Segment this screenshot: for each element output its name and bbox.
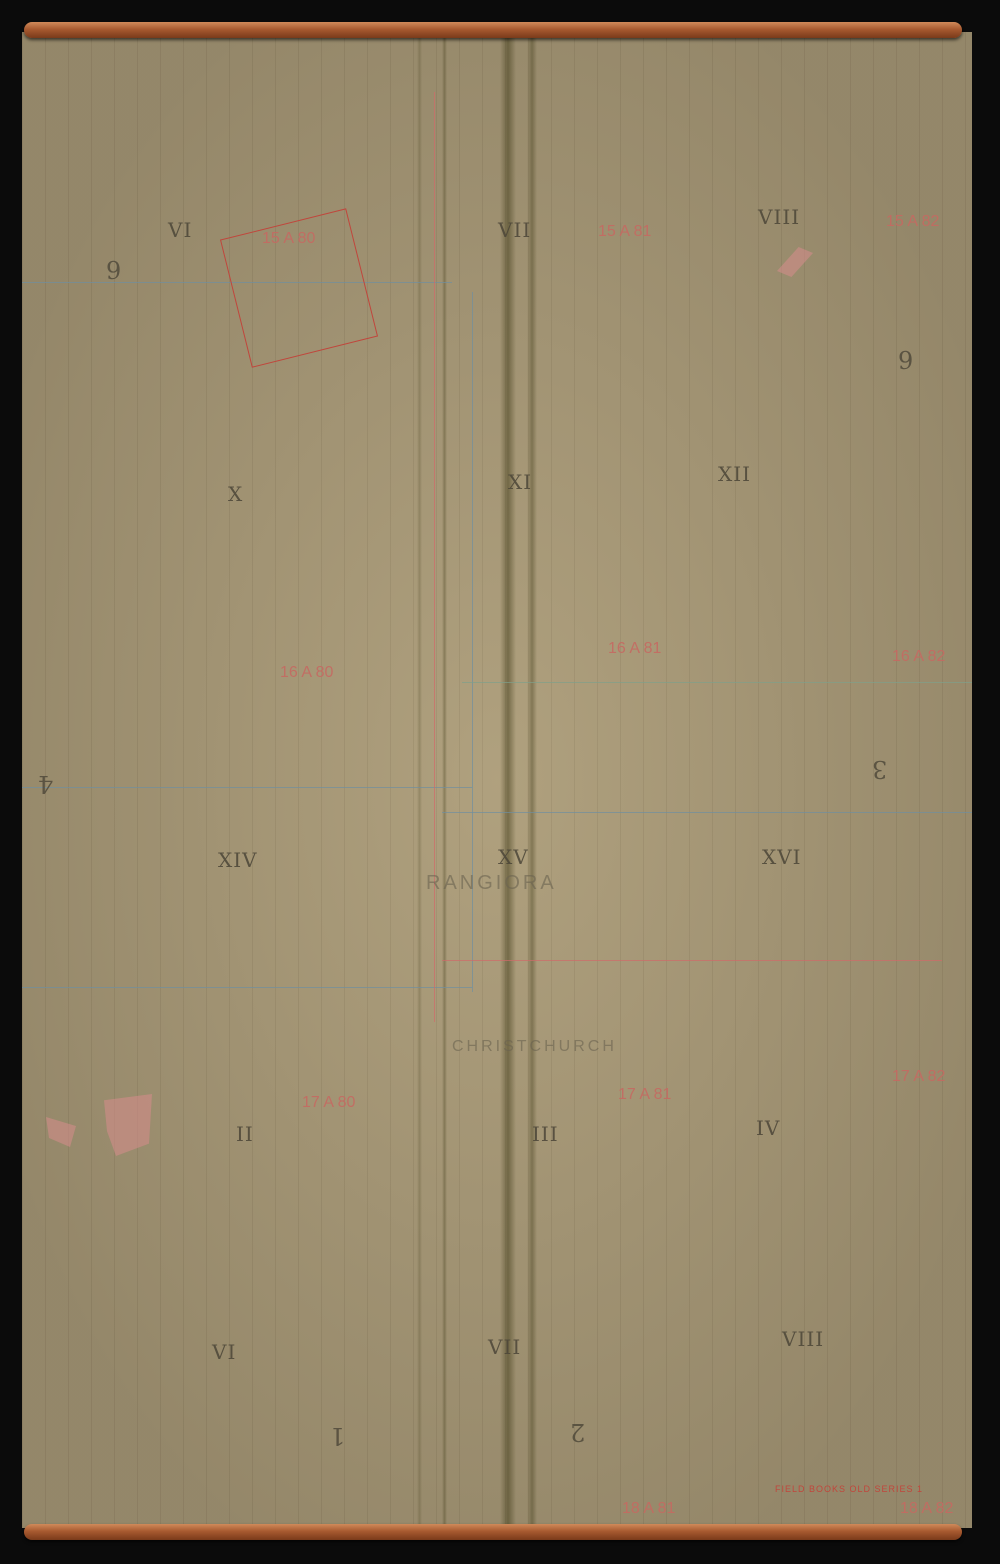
section-label: VII	[488, 1335, 521, 1359]
sheet-number: 16 A 81	[608, 640, 661, 658]
district-number: 2	[570, 1418, 585, 1446]
section-label: VI	[168, 218, 192, 242]
crack-line	[442, 32, 447, 1528]
sheet-number: 17 A 81	[618, 1086, 671, 1104]
section-label: VII	[498, 218, 531, 242]
district-number: 4	[38, 770, 53, 798]
grid-line	[462, 682, 972, 683]
bottom-roller	[24, 1524, 962, 1540]
place-name-christchurch: CHRISTCHURCH	[452, 1038, 617, 1056]
sheet-number: 18 A 81	[622, 1500, 675, 1518]
sheet-number: 15 A 80	[262, 230, 315, 248]
section-label: XIV	[218, 848, 258, 872]
sheet-number: 15 A 81	[598, 223, 651, 241]
district-number: 3	[872, 755, 887, 783]
shaded-reserve	[92, 1094, 152, 1156]
section-label: XII	[718, 462, 751, 486]
grid-line	[442, 812, 972, 813]
sheet-number: 18 A 82	[900, 1500, 953, 1518]
grid-line	[22, 987, 472, 988]
shaded-reserve	[46, 1117, 76, 1147]
top-roller	[24, 22, 962, 38]
sheet-number: 16 A 80	[280, 664, 333, 682]
crack-line	[417, 32, 422, 1528]
section-label: II	[236, 1122, 254, 1146]
section-label: IV	[756, 1116, 780, 1140]
shaded-wetland	[777, 247, 813, 277]
district-number: 1	[330, 1422, 345, 1450]
section-label: X	[228, 482, 243, 506]
district-number: 6	[106, 255, 121, 283]
section-label: XV	[498, 845, 529, 869]
section-label: VIII	[782, 1327, 824, 1351]
boundary-line	[442, 960, 942, 961]
series-label: FIELD BOOKS OLD SERIES 1	[775, 1484, 923, 1494]
section-label: XI	[508, 470, 532, 494]
sheet-number: 15 A 82	[886, 213, 939, 231]
sheet-number: 16 A 82	[892, 648, 945, 666]
section-label: VI	[212, 1340, 236, 1364]
sheet-number: 17 A 80	[302, 1094, 355, 1112]
sheet-number: 17 A 82	[892, 1068, 945, 1086]
section-label: VIII	[758, 205, 800, 229]
section-label: XVI	[762, 845, 802, 869]
district-number: 6	[898, 345, 913, 373]
grid-line	[22, 787, 472, 788]
crack-line	[527, 32, 537, 1528]
place-name-rangiora: RANGIORA	[426, 872, 557, 895]
section-label: III	[532, 1122, 559, 1146]
map-sheet: VI VII VIII X XI XII XIV XV XVI II III I…	[22, 32, 972, 1528]
fold-crease	[500, 32, 516, 1528]
